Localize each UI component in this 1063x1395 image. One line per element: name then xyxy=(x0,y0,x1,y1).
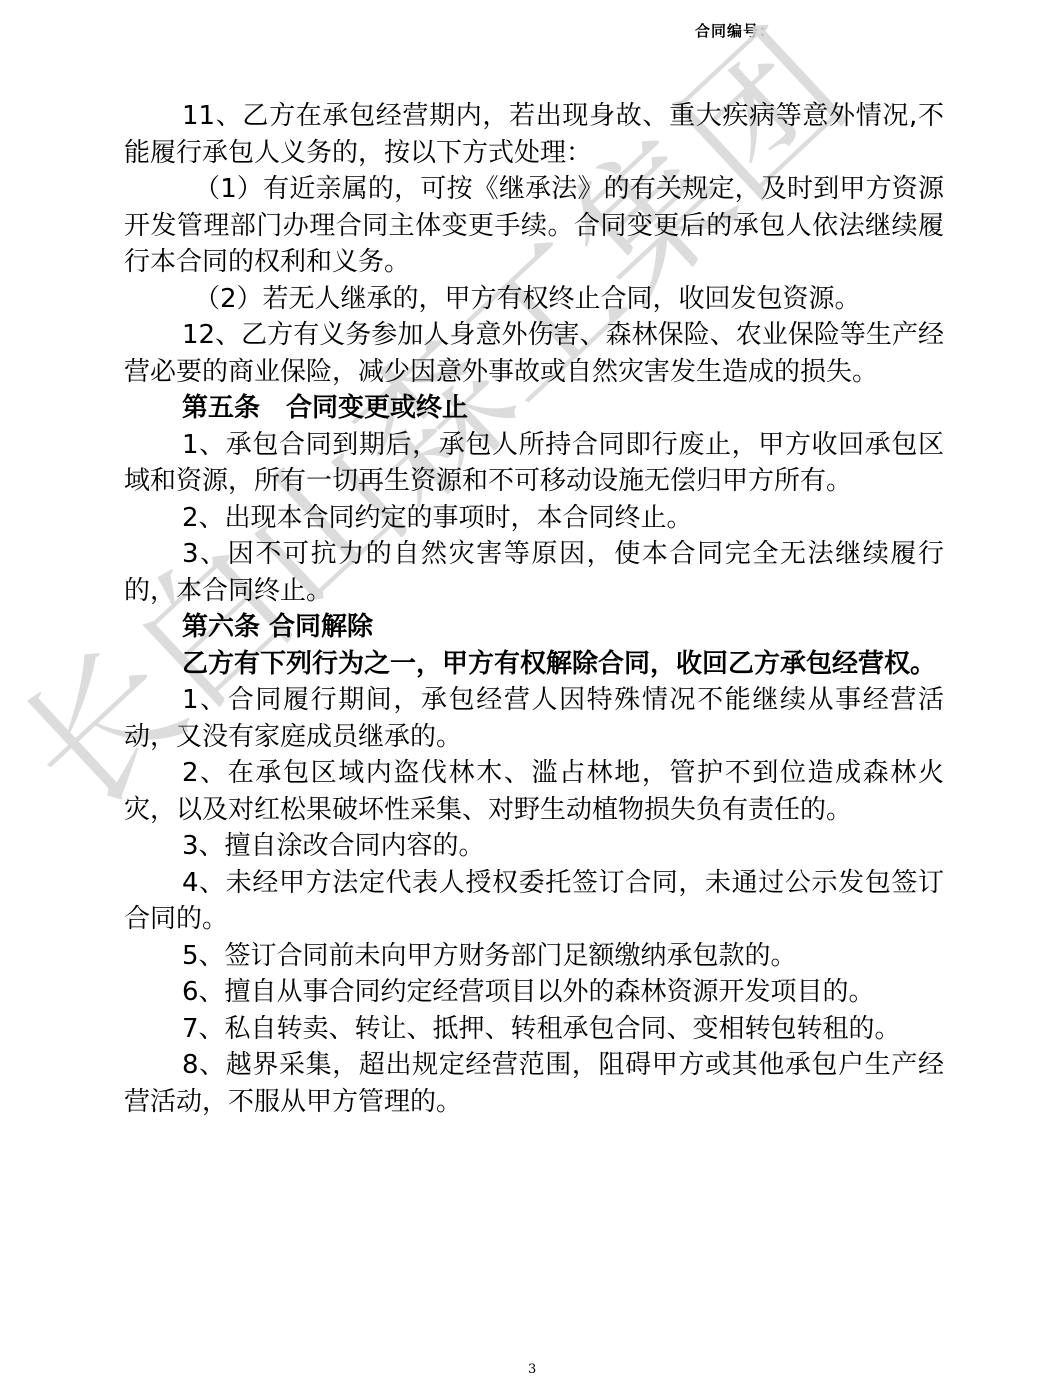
article-6-item-4: 4、未经甲方法定代表人授权委托签订合同，未通过公示发包签订合同的。 xyxy=(124,865,944,938)
clause-11: 11、乙方在承包经营期内，若出现身故、重大疾病等意外情况,不能履行承包人义务的，… xyxy=(124,98,944,171)
article-6-item-3: 3、擅自涂改合同内容的。 xyxy=(124,828,944,865)
article-6-item-1: 1、合同履行期间，承包经营人因特殊情况不能继续从事经营活动，又没有家庭成员继承的… xyxy=(124,682,944,755)
document-page: 合同编号： 长白山森工集团 11、乙方在承包经营期内，若出现身故、重大疾病等意外… xyxy=(0,0,1063,1395)
article-5-heading: 第五条 合同变更或终止 xyxy=(124,390,944,427)
article-5-item-2: 2、出现本合同约定的事项时，本合同终止。 xyxy=(124,500,944,537)
page-number: 3 xyxy=(528,1362,536,1377)
clause-11-sub-2: （2）若无人继承的，甲方有权终止合同，收回发包资源。 xyxy=(124,281,944,318)
article-6-item-8: 8、越界采集，超出规定经营范围，阻碍甲方或其他承包户生产经营活动，不服从甲方管理… xyxy=(124,1047,944,1120)
article-5-item-3: 3、因不可抗力的自然灾害等原因，使本合同完全无法继续履行的，本合同终止。 xyxy=(124,536,944,609)
article-6-heading: 第六条 合同解除 xyxy=(124,609,944,646)
article-6-lead: 乙方有下列行为之一，甲方有权解除合同，收回乙方承包经营权。 xyxy=(124,646,944,683)
article-5-item-1: 1、承包合同到期后，承包人所持合同即行废止，甲方收回承包区域和资源，所有一切再生… xyxy=(124,427,944,500)
article-6-item-6: 6、擅自从事合同约定经营项目以外的森林资源开发项目的。 xyxy=(124,974,944,1011)
article-6-item-5: 5、签订合同前未向甲方财务部门足额缴纳承包款的。 xyxy=(124,938,944,975)
article-6-item-7: 7、私自转卖、转让、抵押、转租承包合同、变相转包转租的。 xyxy=(124,1011,944,1048)
document-body: 11、乙方在承包经营期内，若出现身故、重大疾病等意外情况,不能履行承包人义务的，… xyxy=(124,98,944,1120)
clause-11-sub-1: （1）有近亲属的，可按《继承法》的有关规定，及时到甲方资源开发管理部门办理合同主… xyxy=(124,171,944,281)
clause-12: 12、乙方有义务参加人身意外伤害、森林保险、农业保险等生产经营必要的商业保险，减… xyxy=(124,317,944,390)
article-6-item-2: 2、在承包区域内盗伐林木、滥占林地，管护不到位造成森林火灾，以及对红松果破坏性采… xyxy=(124,755,944,828)
